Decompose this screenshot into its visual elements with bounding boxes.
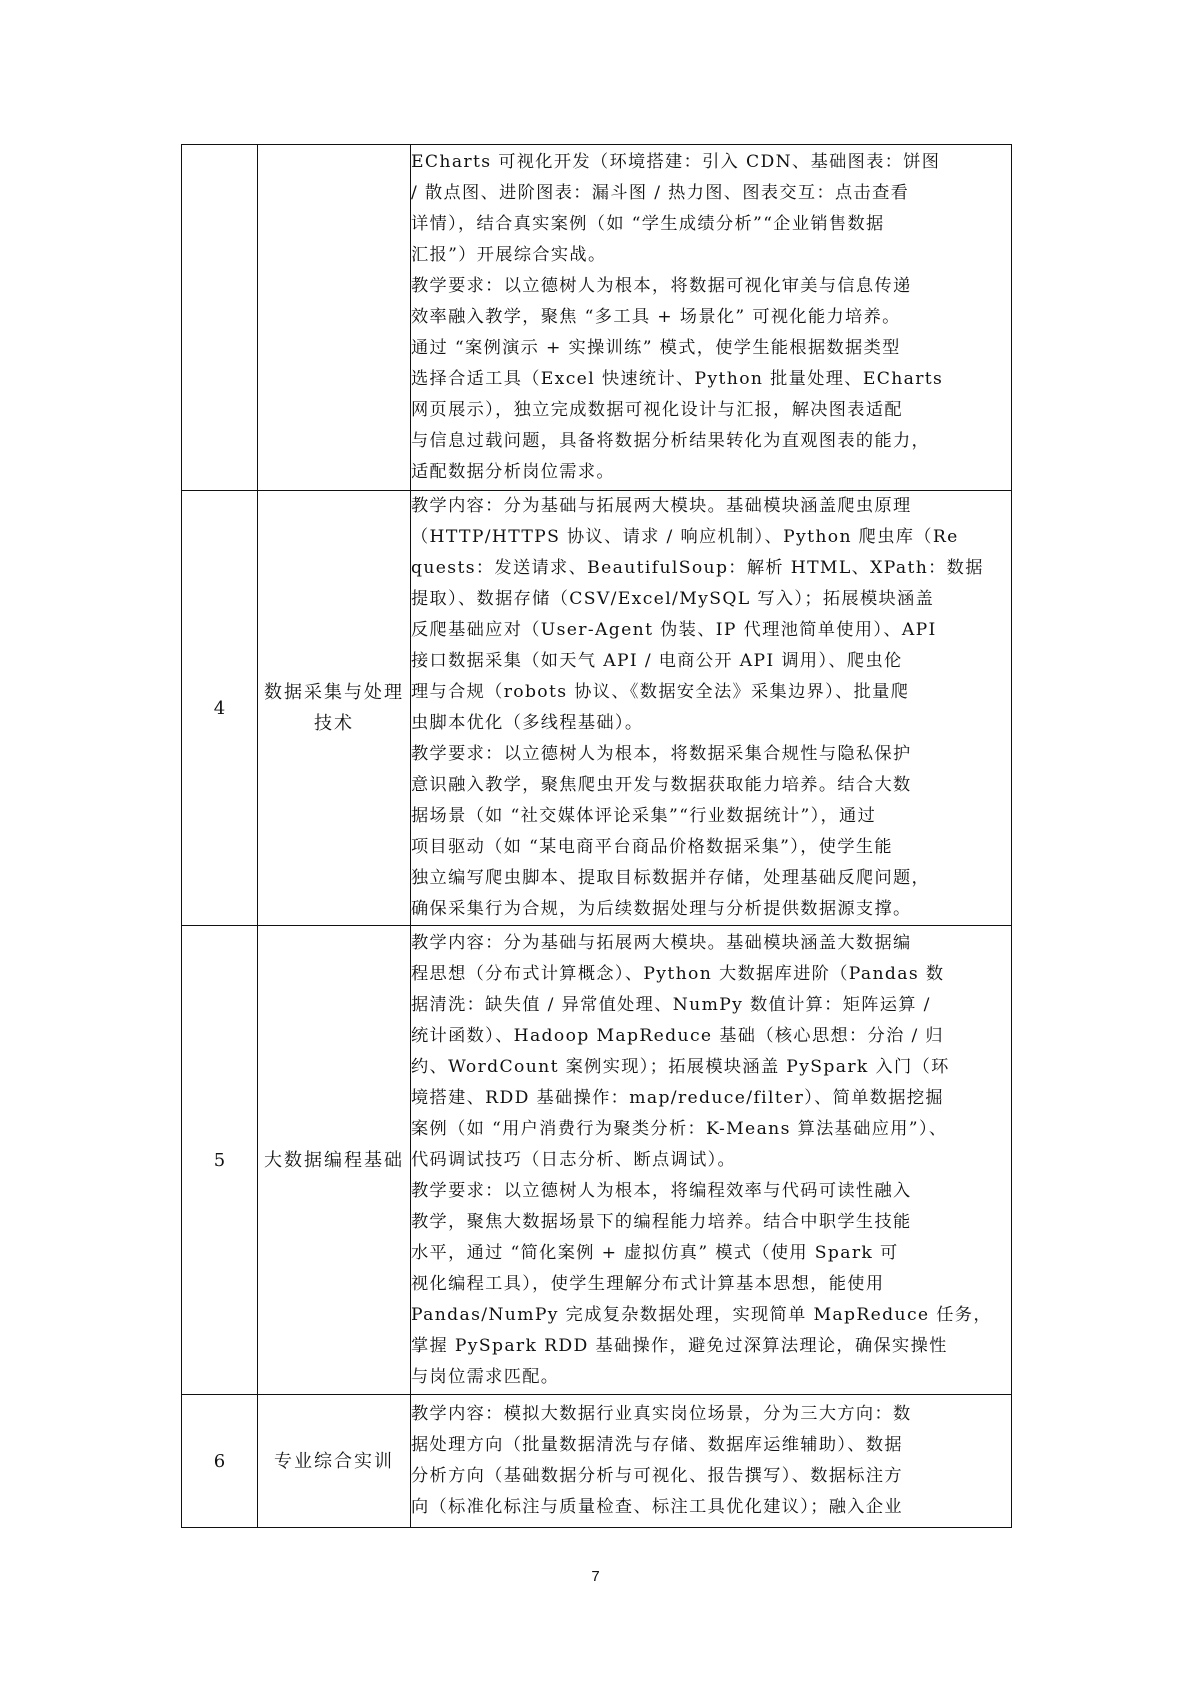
table-row: 6 专业综合实训 教学内容：模拟大数据行业真实岗位场景，分为三大方向：数 据处理… <box>182 1395 1012 1528</box>
text-line: 水平，通过 “简化案例 + 虚拟仿真” 模式（使用 Spark 可 <box>411 1238 1011 1269</box>
course-description-cell: 教学内容：分为基础与拓展两大模块。基础模块涵盖大数据编 程思想（分布式计算概念）… <box>411 926 1012 1395</box>
text-line: 据场景（如 “社交媒体评论采集”“行业数据统计”），通过 <box>411 801 1011 832</box>
course-description-cell: 教学内容：分为基础与拓展两大模块。基础模块涵盖爬虫原理 （HTTP/HTTPS … <box>411 491 1012 926</box>
text-line: 汇报”）开展综合实战。 <box>411 240 1011 271</box>
text-line: 教学，聚焦大数据场景下的编程能力培养。结合中职学生技能 <box>411 1207 1011 1238</box>
text-line: 与信息过载问题，具备将数据分析结果转化为直观图表的能力， <box>411 426 1011 457</box>
text-line: 理与合规（robots 协议、《数据安全法》采集边界）、批量爬 <box>411 677 1011 708</box>
text-line: 效率融入教学，聚焦 “多工具 + 场景化” 可视化能力培养。 <box>411 302 1011 333</box>
text-line: 掌握 PySpark RDD 基础操作，避免过深算法理论，确保实操性 <box>411 1331 1011 1362</box>
row-number-cell: 6 <box>182 1395 258 1528</box>
page-number: 7 <box>0 1568 1191 1585</box>
text-line: 教学要求：以立德树人为根本，将数据可视化审美与信息传递 <box>411 271 1011 302</box>
text-line: 代码调试技巧（日志分析、断点调试）。 <box>411 1145 1011 1176</box>
text-line: 确保采集行为合规，为后续数据处理与分析提供数据源支撑。 <box>411 894 1011 925</box>
text-line: 详情），结合真实案例（如 “学生成绩分析”“企业销售数据 <box>411 209 1011 240</box>
description-text: ECharts 可视化开发（环境搭建：引入 CDN、基础图表：饼图 / 散点图、… <box>411 147 1011 488</box>
text-line: 约、WordCount 案例实现）；拓展模块涵盖 PySpark 入门（环 <box>411 1052 1011 1083</box>
text-line: 适配数据分析岗位需求。 <box>411 457 1011 488</box>
text-line: 教学要求：以立德树人为根本，将数据采集合规性与隐私保护 <box>411 739 1011 770</box>
description-text: 教学内容：分为基础与拓展两大模块。基础模块涵盖大数据编 程思想（分布式计算概念）… <box>411 928 1011 1393</box>
course-name-cell <box>258 145 411 491</box>
text-line: 境搭建、RDD 基础操作：map/reduce/filter）、简单数据挖掘 <box>411 1083 1011 1114</box>
text-line: 视化编程工具），使学生理解分布式计算基本思想，能使用 <box>411 1269 1011 1300</box>
table-row: ECharts 可视化开发（环境搭建：引入 CDN、基础图表：饼图 / 散点图、… <box>182 145 1012 491</box>
description-text: 教学内容：分为基础与拓展两大模块。基础模块涵盖爬虫原理 （HTTP/HTTPS … <box>411 491 1011 925</box>
text-line: 虫脚本优化（多线程基础）。 <box>411 708 1011 739</box>
text-line: 反爬基础应对（User-Agent 伪装、IP 代理池简单使用）、API <box>411 615 1011 646</box>
course-description-cell: ECharts 可视化开发（环境搭建：引入 CDN、基础图表：饼图 / 散点图、… <box>411 145 1012 491</box>
text-line: 分析方向（基础数据分析与可视化、报告撰写）、数据标注方 <box>411 1461 1011 1492</box>
text-line: 据清洗：缺失值 / 异常值处理、NumPy 数值计算：矩阵运算 / <box>411 990 1011 1021</box>
text-line: 统计函数）、Hadoop MapReduce 基础（核心思想：分治 / 归 <box>411 1021 1011 1052</box>
course-name-cell: 大数据编程基础 <box>258 926 411 1395</box>
text-line: 教学内容：分为基础与拓展两大模块。基础模块涵盖爬虫原理 <box>411 491 1011 522</box>
text-line: 提取）、数据存储（CSV/Excel/MySQL 写入）；拓展模块涵盖 <box>411 584 1011 615</box>
text-line: ECharts 可视化开发（环境搭建：引入 CDN、基础图表：饼图 <box>411 147 1011 178</box>
text-line: 通过 “案例演示 + 实操训练” 模式，使学生能根据数据类型 <box>411 333 1011 364</box>
row-number-cell <box>182 145 258 491</box>
text-line: 与岗位需求匹配。 <box>411 1362 1011 1393</box>
course-name-cell: 数据采集与处理技术 <box>258 491 411 926</box>
row-number-cell: 4 <box>182 491 258 926</box>
text-line: / 散点图、进阶图表：漏斗图 / 热力图、图表交互：点击查看 <box>411 178 1011 209</box>
text-line: 项目驱动（如 “某电商平台商品价格数据采集”），使学生能 <box>411 832 1011 863</box>
text-line: 程思想（分布式计算概念）、Python 大数据库进阶（Pandas 数 <box>411 959 1011 990</box>
text-line: 案例（如 “用户消费行为聚类分析：K-Means 算法基础应用”）、 <box>411 1114 1011 1145</box>
document-page: ECharts 可视化开发（环境搭建：引入 CDN、基础图表：饼图 / 散点图、… <box>0 0 1191 1684</box>
text-line: 据处理方向（批量数据清洗与存储、数据库运维辅助）、数据 <box>411 1430 1011 1461</box>
text-line: 网页展示），独立完成数据可视化设计与汇报，解决图表适配 <box>411 395 1011 426</box>
course-description-cell: 教学内容：模拟大数据行业真实岗位场景，分为三大方向：数 据处理方向（批量数据清洗… <box>411 1395 1012 1528</box>
text-line: 独立编写爬虫脚本、提取目标数据并存储，处理基础反爬问题， <box>411 863 1011 894</box>
text-line: 接口数据采集（如天气 API / 电商公开 API 调用）、爬虫伦 <box>411 646 1011 677</box>
description-text: 教学内容：模拟大数据行业真实岗位场景，分为三大方向：数 据处理方向（批量数据清洗… <box>411 1399 1011 1523</box>
text-line: 教学内容：分为基础与拓展两大模块。基础模块涵盖大数据编 <box>411 928 1011 959</box>
row-number-cell: 5 <box>182 926 258 1395</box>
course-table: ECharts 可视化开发（环境搭建：引入 CDN、基础图表：饼图 / 散点图、… <box>181 144 1012 1528</box>
course-name-cell: 专业综合实训 <box>258 1395 411 1528</box>
text-line: （HTTP/HTTPS 协议、请求 / 响应机制）、Python 爬虫库（Re <box>411 522 1011 553</box>
text-line: 意识融入教学，聚焦爬虫开发与数据获取能力培养。结合大数 <box>411 770 1011 801</box>
table-row: 4 数据采集与处理技术 教学内容：分为基础与拓展两大模块。基础模块涵盖爬虫原理 … <box>182 491 1012 926</box>
text-line: 教学要求：以立德树人为根本，将编程效率与代码可读性融入 <box>411 1176 1011 1207</box>
text-line: quests：发送请求、BeautifulSoup：解析 HTML、XPath：… <box>411 553 1011 584</box>
text-line: 教学内容：模拟大数据行业真实岗位场景，分为三大方向：数 <box>411 1399 1011 1430</box>
text-line: 向（标准化标注与质量检查、标注工具优化建议）；融入企业 <box>411 1492 1011 1523</box>
table-row: 5 大数据编程基础 教学内容：分为基础与拓展两大模块。基础模块涵盖大数据编 程思… <box>182 926 1012 1395</box>
text-line: 选择合适工具（Excel 快速统计、Python 批量处理、ECharts <box>411 364 1011 395</box>
text-line: Pandas/NumPy 完成复杂数据处理，实现简单 MapReduce 任务， <box>411 1300 1011 1331</box>
